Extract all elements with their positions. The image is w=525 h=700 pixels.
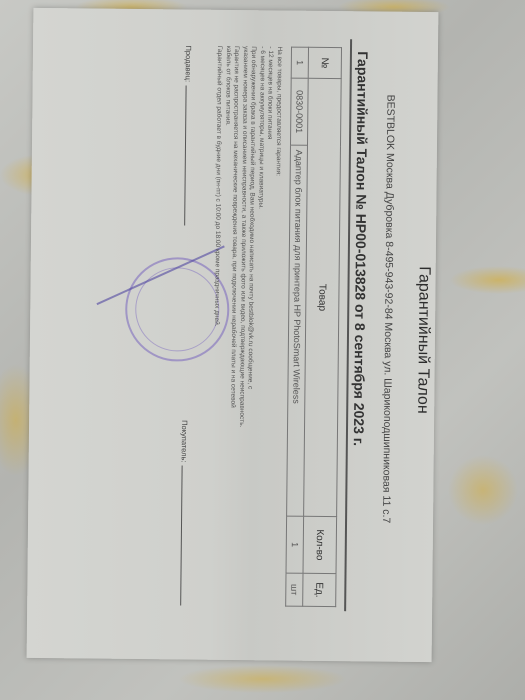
talon-heading: Гарантийный Талон № НР00-013828 от 8 сен…	[344, 39, 371, 611]
col-product: Товар	[304, 78, 342, 516]
items-table: № Товар Кол-во Ед. 1 0830-0001 Адаптер б…	[285, 47, 342, 608]
row-code: 0830-0001	[290, 78, 308, 145]
seller-signature: Продавец:	[182, 45, 193, 225]
table-header-row: № Товар Кол-во Ед.	[303, 47, 342, 606]
row-unit: шт	[286, 573, 303, 606]
document-content: Гарантийный Талон BESTBLOK Москва Дубров…	[37, 36, 439, 640]
company-info: BESTBLOK Москва Дубровка 8-495-943-92-84…	[379, 40, 397, 640]
warranty-paper: Гарантийный Талон BESTBLOK Москва Дубров…	[27, 8, 439, 662]
buyer-signature: Покупатель:	[178, 420, 189, 605]
col-quantity: Кол-во	[303, 516, 337, 573]
buyer-label: Покупатель:	[180, 420, 189, 462]
col-number: №	[308, 47, 341, 78]
warranty-terms: На все товары, предоставляется гарантия:…	[209, 38, 283, 607]
seller-signature-line	[184, 85, 186, 225]
row-quantity: 1	[286, 516, 304, 573]
signature-block: Продавец: Покупатель:	[178, 37, 193, 605]
row-number: 1	[291, 47, 308, 78]
col-unit: Ед.	[303, 573, 336, 606]
document-title: Гарантийный Талон	[411, 40, 435, 640]
buyer-signature-line	[180, 465, 182, 605]
seller-label: Продавец:	[184, 45, 193, 82]
